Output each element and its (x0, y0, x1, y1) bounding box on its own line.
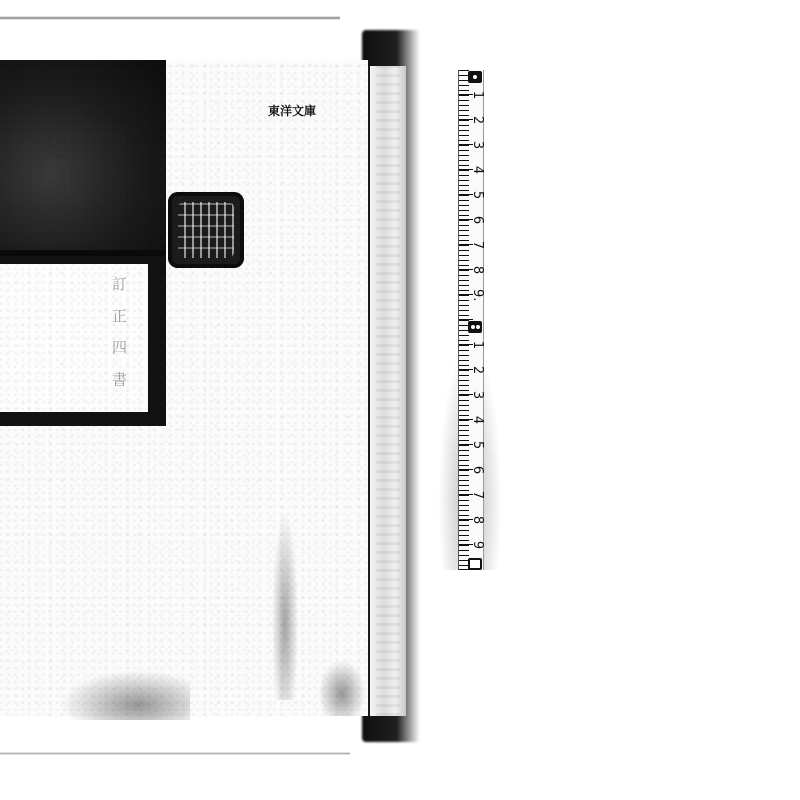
cover-dark-panel (0, 60, 166, 256)
ruler-label: 8 (471, 514, 483, 526)
library-stamp: 東洋文庫 (268, 102, 316, 119)
ruler-label: 9 (471, 539, 483, 551)
ruler-label: 8 (471, 264, 483, 276)
ruler-label: 5 (471, 189, 483, 201)
ruler-label: 4 (471, 414, 483, 426)
ruler-label: 7 (471, 239, 483, 251)
ruler-start-marker-icon (468, 71, 482, 83)
ruler-label: 6 (471, 464, 483, 476)
seal-pattern (178, 202, 234, 258)
ruler-label: 1 (471, 339, 483, 351)
ruler-label: 3 (471, 389, 483, 401)
ruler-label: 2 (471, 114, 483, 126)
title-slip-text: 訂 正 四 書 (20, 276, 130, 392)
ruler-end-marker-icon (468, 558, 482, 570)
stain (60, 670, 190, 720)
ruler-label: 5 (471, 439, 483, 451)
ruler-label: 7 (471, 489, 483, 501)
ruler-label: 3 (471, 139, 483, 151)
measuring-ruler: 123456789.123456789 (458, 70, 484, 570)
ruler-label: 2 (471, 364, 483, 376)
ruler-label: 9. (471, 289, 483, 301)
backing-sheet-top-edge (0, 16, 340, 20)
ruler-label: 4 (471, 164, 483, 176)
scan-image: 訂 正 四 書 東洋文庫 123456789.123456789 (0, 0, 800, 800)
title-slip-frame: 訂 正 四 書 (0, 256, 166, 426)
seal-stamp-icon (168, 192, 244, 268)
stain (272, 510, 298, 700)
ruler-label: 6 (471, 214, 483, 226)
book-spine (368, 66, 406, 716)
book-cover: 訂 正 四 書 東洋文庫 (0, 60, 368, 716)
backing-sheet-bottom-edge (0, 752, 350, 755)
title-slip: 訂 正 四 書 (0, 264, 148, 412)
ruler-start-marker-icon (468, 321, 482, 333)
ruler-label: 1 (471, 89, 483, 101)
stain (318, 660, 366, 716)
